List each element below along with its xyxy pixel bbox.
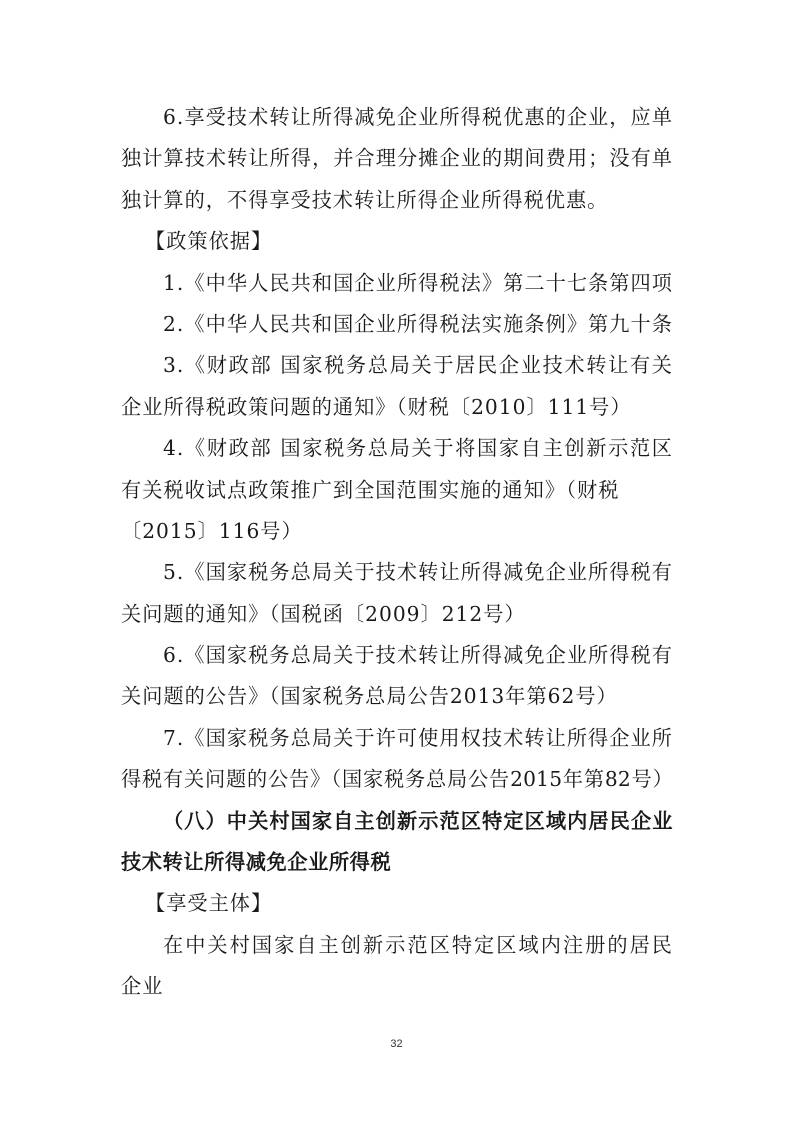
text-line: 6.享受技术转让所得减免企业所得税优惠的企业，应单 (121, 97, 673, 138)
text-line: 独计算的，不得享受技术转让所得企业所得税优惠。 (121, 180, 673, 221)
text-line: 〔2015〕116号） (121, 511, 673, 552)
policy-basis-item-2: 2.《中华人民共和国企业所得税法实施条例》第九十条 (121, 304, 673, 345)
beneficiary-text: 在中关村国家自主创新示范区特定区域内注册的居民 企业 (121, 925, 673, 1008)
text-line: 4.《财政部 国家税务总局关于将国家自主创新示范区 (121, 428, 673, 469)
policy-basis-item-1: 1.《中华人民共和国企业所得税法》第二十七条第四项 (121, 263, 673, 304)
policy-basis-item-4: 4.《财政部 国家税务总局关于将国家自主创新示范区 有关税收试点政策推广到全国范… (121, 428, 673, 552)
policy-basis-heading: 【政策依据】 (121, 221, 673, 262)
section-heading-8: （八）中关村国家自主创新示范区特定区域内居民企业 技术转让所得减免企业所得税 (121, 801, 673, 884)
policy-basis-item-3: 3.《财政部 国家税务总局关于居民企业技术转让有关 企业所得税政策问题的通知》（… (121, 345, 673, 428)
policy-basis-item-6: 6.《国家税务总局关于技术转让所得减免企业所得税有 关问题的公告》（国家税务总局… (121, 635, 673, 718)
text-line: 关问题的通知》（国税函〔2009〕212号） (121, 594, 673, 635)
text-line: 有关税收试点政策推广到全国范围实施的通知》（财税 (121, 470, 673, 511)
text-line: 3.《财政部 国家税务总局关于居民企业技术转让有关 (121, 345, 673, 386)
text-line: 企业 (121, 966, 673, 1007)
text-line: 得税有关问题的公告》（国家税务总局公告2015年第82号） (121, 759, 673, 800)
document-page: 6.享受技术转让所得减免企业所得税优惠的企业，应单 独计算技术转让所得，并合理分… (121, 97, 673, 1008)
text-line: （八）中关村国家自主创新示范区特定区域内居民企业 (121, 801, 673, 842)
policy-basis-item-7: 7.《国家税务总局关于许可使用权技术转让所得企业所 得税有关问题的公告》（国家税… (121, 718, 673, 801)
text-line: 5.《国家税务总局关于技术转让所得减免企业所得税有 (121, 552, 673, 593)
text-line: 独计算技术转让所得，并合理分摊企业的期间费用；没有单 (121, 138, 673, 179)
text-line: 技术转让所得减免企业所得税 (121, 842, 673, 883)
page-number: 32 (0, 1038, 793, 1050)
beneficiary-heading: 【享受主体】 (121, 883, 673, 924)
text-line: 7.《国家税务总局关于许可使用权技术转让所得企业所 (121, 718, 673, 759)
text-line: 6.《国家税务总局关于技术转让所得减免企业所得税有 (121, 635, 673, 676)
text-line: 关问题的公告》（国家税务总局公告2013年第62号） (121, 676, 673, 717)
policy-basis-item-5: 5.《国家税务总局关于技术转让所得减免企业所得税有 关问题的通知》（国税函〔20… (121, 552, 673, 635)
text-line: 企业所得税政策问题的通知》（财税〔2010〕111号） (121, 387, 673, 428)
text-line: 在中关村国家自主创新示范区特定区域内注册的居民 (121, 925, 673, 966)
paragraph-item-6-condition: 6.享受技术转让所得减免企业所得税优惠的企业，应单 独计算技术转让所得，并合理分… (121, 97, 673, 221)
